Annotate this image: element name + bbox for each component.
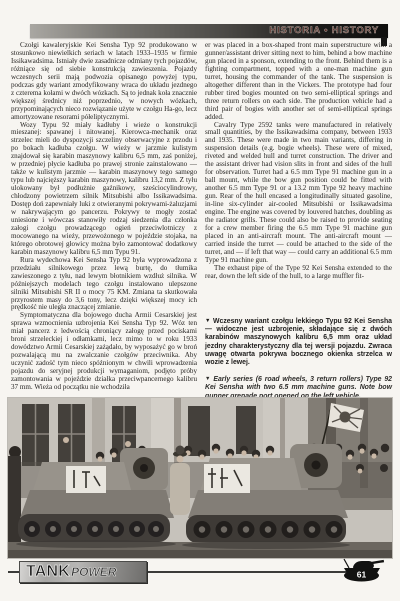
paragraph: Wozy Typu 92 miały kadłuby i wieże o kon…: [11, 122, 197, 257]
logo-secondary-text: POWER: [71, 566, 116, 578]
header-banner: HISTORIA • HISTORY: [30, 24, 388, 38]
paragraph: Symptomatyczna dla bojowego ducha Armii …: [11, 312, 197, 392]
page-number: 61: [357, 570, 367, 580]
caption-polish-text: Wczesny wariant czołgu lekkiego Typu 92 …: [205, 318, 392, 366]
paragraph: er was placed in a box-shaped front main…: [205, 42, 392, 122]
paragraph: Czołgi kawaleryjskie Kei Sensha Typ 92 p…: [11, 42, 197, 122]
caption-english-text: Early series (6 road wheels, 3 return ro…: [205, 376, 392, 399]
paragraph: Cavalry Type 2592 tanks were manufacture…: [205, 122, 392, 265]
caption-marker-icon: ▼: [205, 376, 211, 382]
photo-captions: ▼Wczesny wariant czołgu lekkiego Typu 92…: [205, 317, 392, 409]
tank-photograph: [8, 398, 392, 558]
caption-english: ▼Early series (6 road wheels, 3 return r…: [205, 375, 392, 401]
paragraph: The exhaust pipe of the Type 92 Kei Sens…: [205, 265, 392, 281]
logo-primary-text: TANK: [26, 564, 70, 580]
tank-power-logo: TANKPOWER: [19, 561, 147, 583]
paragraph: Rura wydechowa Kei Sensha Typ 92 była wy…: [11, 257, 197, 313]
header-title: HISTORIA • HISTORY: [269, 25, 379, 36]
tank-photo-illustration: [8, 398, 392, 558]
article-column-polish: Czołgi kawaleryjskie Kei Sensha Typ 92 p…: [11, 42, 197, 394]
magazine-page: HISTORIA • HISTORY Czołgi kawaleryjskie …: [0, 0, 400, 601]
article-column-english: er was placed in a box-shaped front main…: [205, 42, 392, 312]
caption-marker-icon: ▼: [205, 318, 211, 324]
caption-polish: ▼Wczesny wariant czołgu lekkiego Typu 92…: [205, 317, 392, 367]
page-number-tank-icon: 61: [340, 556, 386, 583]
